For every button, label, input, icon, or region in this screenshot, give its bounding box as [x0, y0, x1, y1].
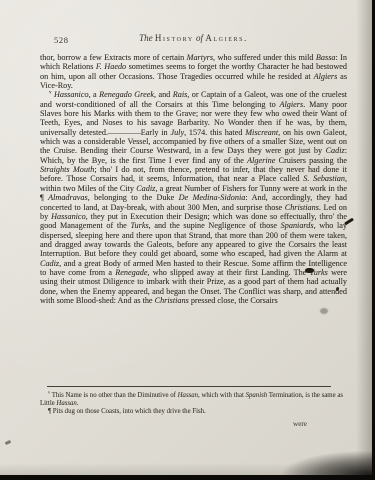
running-header: The History of Algiers.: [40, 33, 347, 43]
body-text: thor, borrow a few Extracts more of cert…: [40, 53, 347, 305]
scan-surface: 528 The History of Algiers. thor, borrow…: [0, 0, 375, 480]
page-curl-shadow: [282, 451, 372, 475]
footnotes-block: v This Name is no other than the Diminut…: [40, 392, 343, 415]
paragraph-hassanico: v Hassanico, a Renegado Greek, and Rais,…: [40, 90, 347, 305]
paragraph-continuation: thor, borrow a few Extracts more of cert…: [40, 53, 347, 90]
footnote-2: ¶ Pits dug on those Coasts, into which t…: [40, 408, 343, 416]
ink-speck-3: [320, 308, 328, 314]
footnote-separator-rule: [47, 386, 331, 387]
ink-speck-5: [5, 440, 12, 445]
ink-speck-4: [305, 268, 314, 273]
footnote-1: v This Name is no other than the Diminut…: [40, 392, 343, 408]
book-page: 528 The History of Algiers. thor, borrow…: [0, 0, 372, 475]
catchword: were: [293, 420, 307, 428]
